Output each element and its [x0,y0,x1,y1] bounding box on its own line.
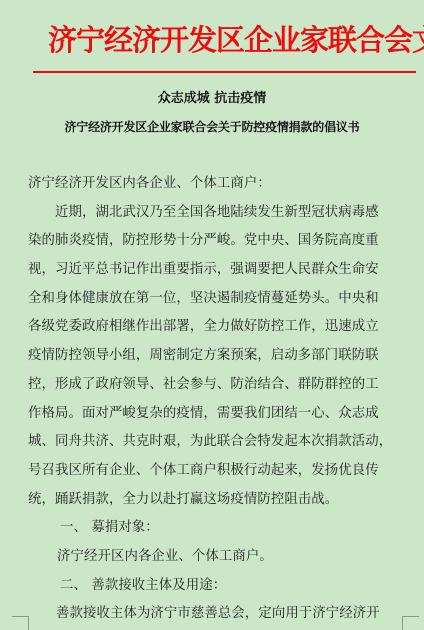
section-heading-2: 二、 善款接收主体及用途： [28,572,402,601]
document-body: 济宁经济开发区内各企业、个体工商户： 近期，湖北武汉乃至全国各地陆续发生新型冠状… [28,170,402,629]
body-line: 号召我区所有企业、个体工商户积极行动起来，发扬优良传 [28,457,402,486]
section-heading-1: 一、 募捐对象： [28,514,402,543]
salutation-line: 济宁经济开发区内各企业、个体工商户： [28,170,402,199]
body-line: 视，习近平总书记作出重要指示，强调要把人民群众生命安 [28,256,402,285]
body-line: 近期，湖北武汉乃至全国各地陆续发生新型冠状病毒感 [28,199,402,228]
document-header-title: 济宁经济开发区企业家联合会文件 [48,20,404,60]
section-1-content: 济宁经开区内各企业、个体工商户。 [28,543,402,572]
body-line: 作格局。面对严峻复杂的疫情，需要我们团结一心、众志成 [28,400,402,429]
margin-corner-mark-right [402,616,419,630]
proposal-title: 济宁经济开发区企业家联合会关于防控疫情捐款的倡议书 [0,118,424,136]
body-line: 各级党委政府相继作出部署，全力做好防控工作，迅速成立 [28,313,402,342]
body-line: 染的肺炎疫情，防控形势十分严峻。党中央、国务院高度重 [28,227,402,256]
margin-corner-mark-left [12,616,29,630]
body-line: 全和身体健康放在第一位，坚决遏制疫情蔓延势头。中央和 [28,285,402,314]
body-line: 统，踊跃捐款，全力以赴打赢这场疫情防控阻击战。 [28,486,402,515]
body-line: 城、同舟共济、共克时艰，为此联合会特发起本次捐款活动， [28,428,402,457]
body-line: 疫情防控领导小组，周密制定方案预案，启动多部门联防联 [28,342,402,371]
header-red-rule [33,71,416,73]
body-line: 控，形成了政府领导、社会参与、防治结合、群防群控的工 [28,371,402,400]
slogan-title: 众志成城 抗击疫情 [0,90,424,108]
section-2-content: 善款接收主体为济宁市慈善总会，定向用于济宁经济开 [28,600,402,629]
